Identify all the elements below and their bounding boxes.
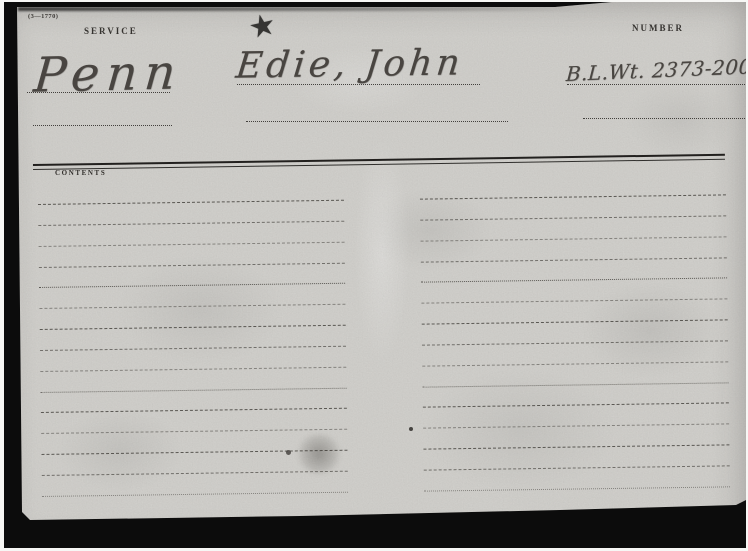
name-entry-line-2	[246, 121, 508, 122]
ruled-line	[421, 299, 727, 324]
ruled-line	[421, 257, 727, 282]
ruled-line	[423, 424, 729, 449]
ruled-line	[41, 387, 347, 412]
contents-label: CONTENTS	[55, 170, 106, 177]
ruled-line	[42, 492, 348, 517]
index-card-paper: (3—1770) SERVICE NUMBER ★ Penn Edie, Joh…	[0, 0, 748, 551]
scan-edge-smear	[18, 7, 578, 11]
name-entry-handwriting: Edie, John	[234, 45, 465, 84]
ruled-column	[420, 194, 730, 511]
service-entry-line-2	[33, 125, 172, 126]
name-entry-line	[237, 84, 480, 85]
ruled-line	[41, 429, 347, 454]
ruled-line	[39, 262, 345, 287]
service-entry-line	[27, 92, 170, 93]
number-entry-handwriting: B.L.Wt. 2373-200.	[565, 56, 748, 84]
number-entry-line-2	[583, 118, 745, 119]
service-label: SERVICE	[84, 27, 138, 36]
star-stamp-icon: ★	[246, 9, 279, 44]
scanned-record-card: (3—1770) SERVICE NUMBER ★ Penn Edie, Joh…	[0, 0, 748, 551]
ruled-line	[39, 304, 345, 329]
contents-ruled-area	[38, 194, 732, 504]
ruled-column	[38, 200, 348, 517]
number-label: NUMBER	[632, 24, 684, 33]
form-number: (3—1770)	[28, 14, 58, 21]
header-divider-rule	[33, 154, 725, 170]
number-entry-line	[567, 84, 745, 85]
ruled-line	[423, 382, 729, 407]
